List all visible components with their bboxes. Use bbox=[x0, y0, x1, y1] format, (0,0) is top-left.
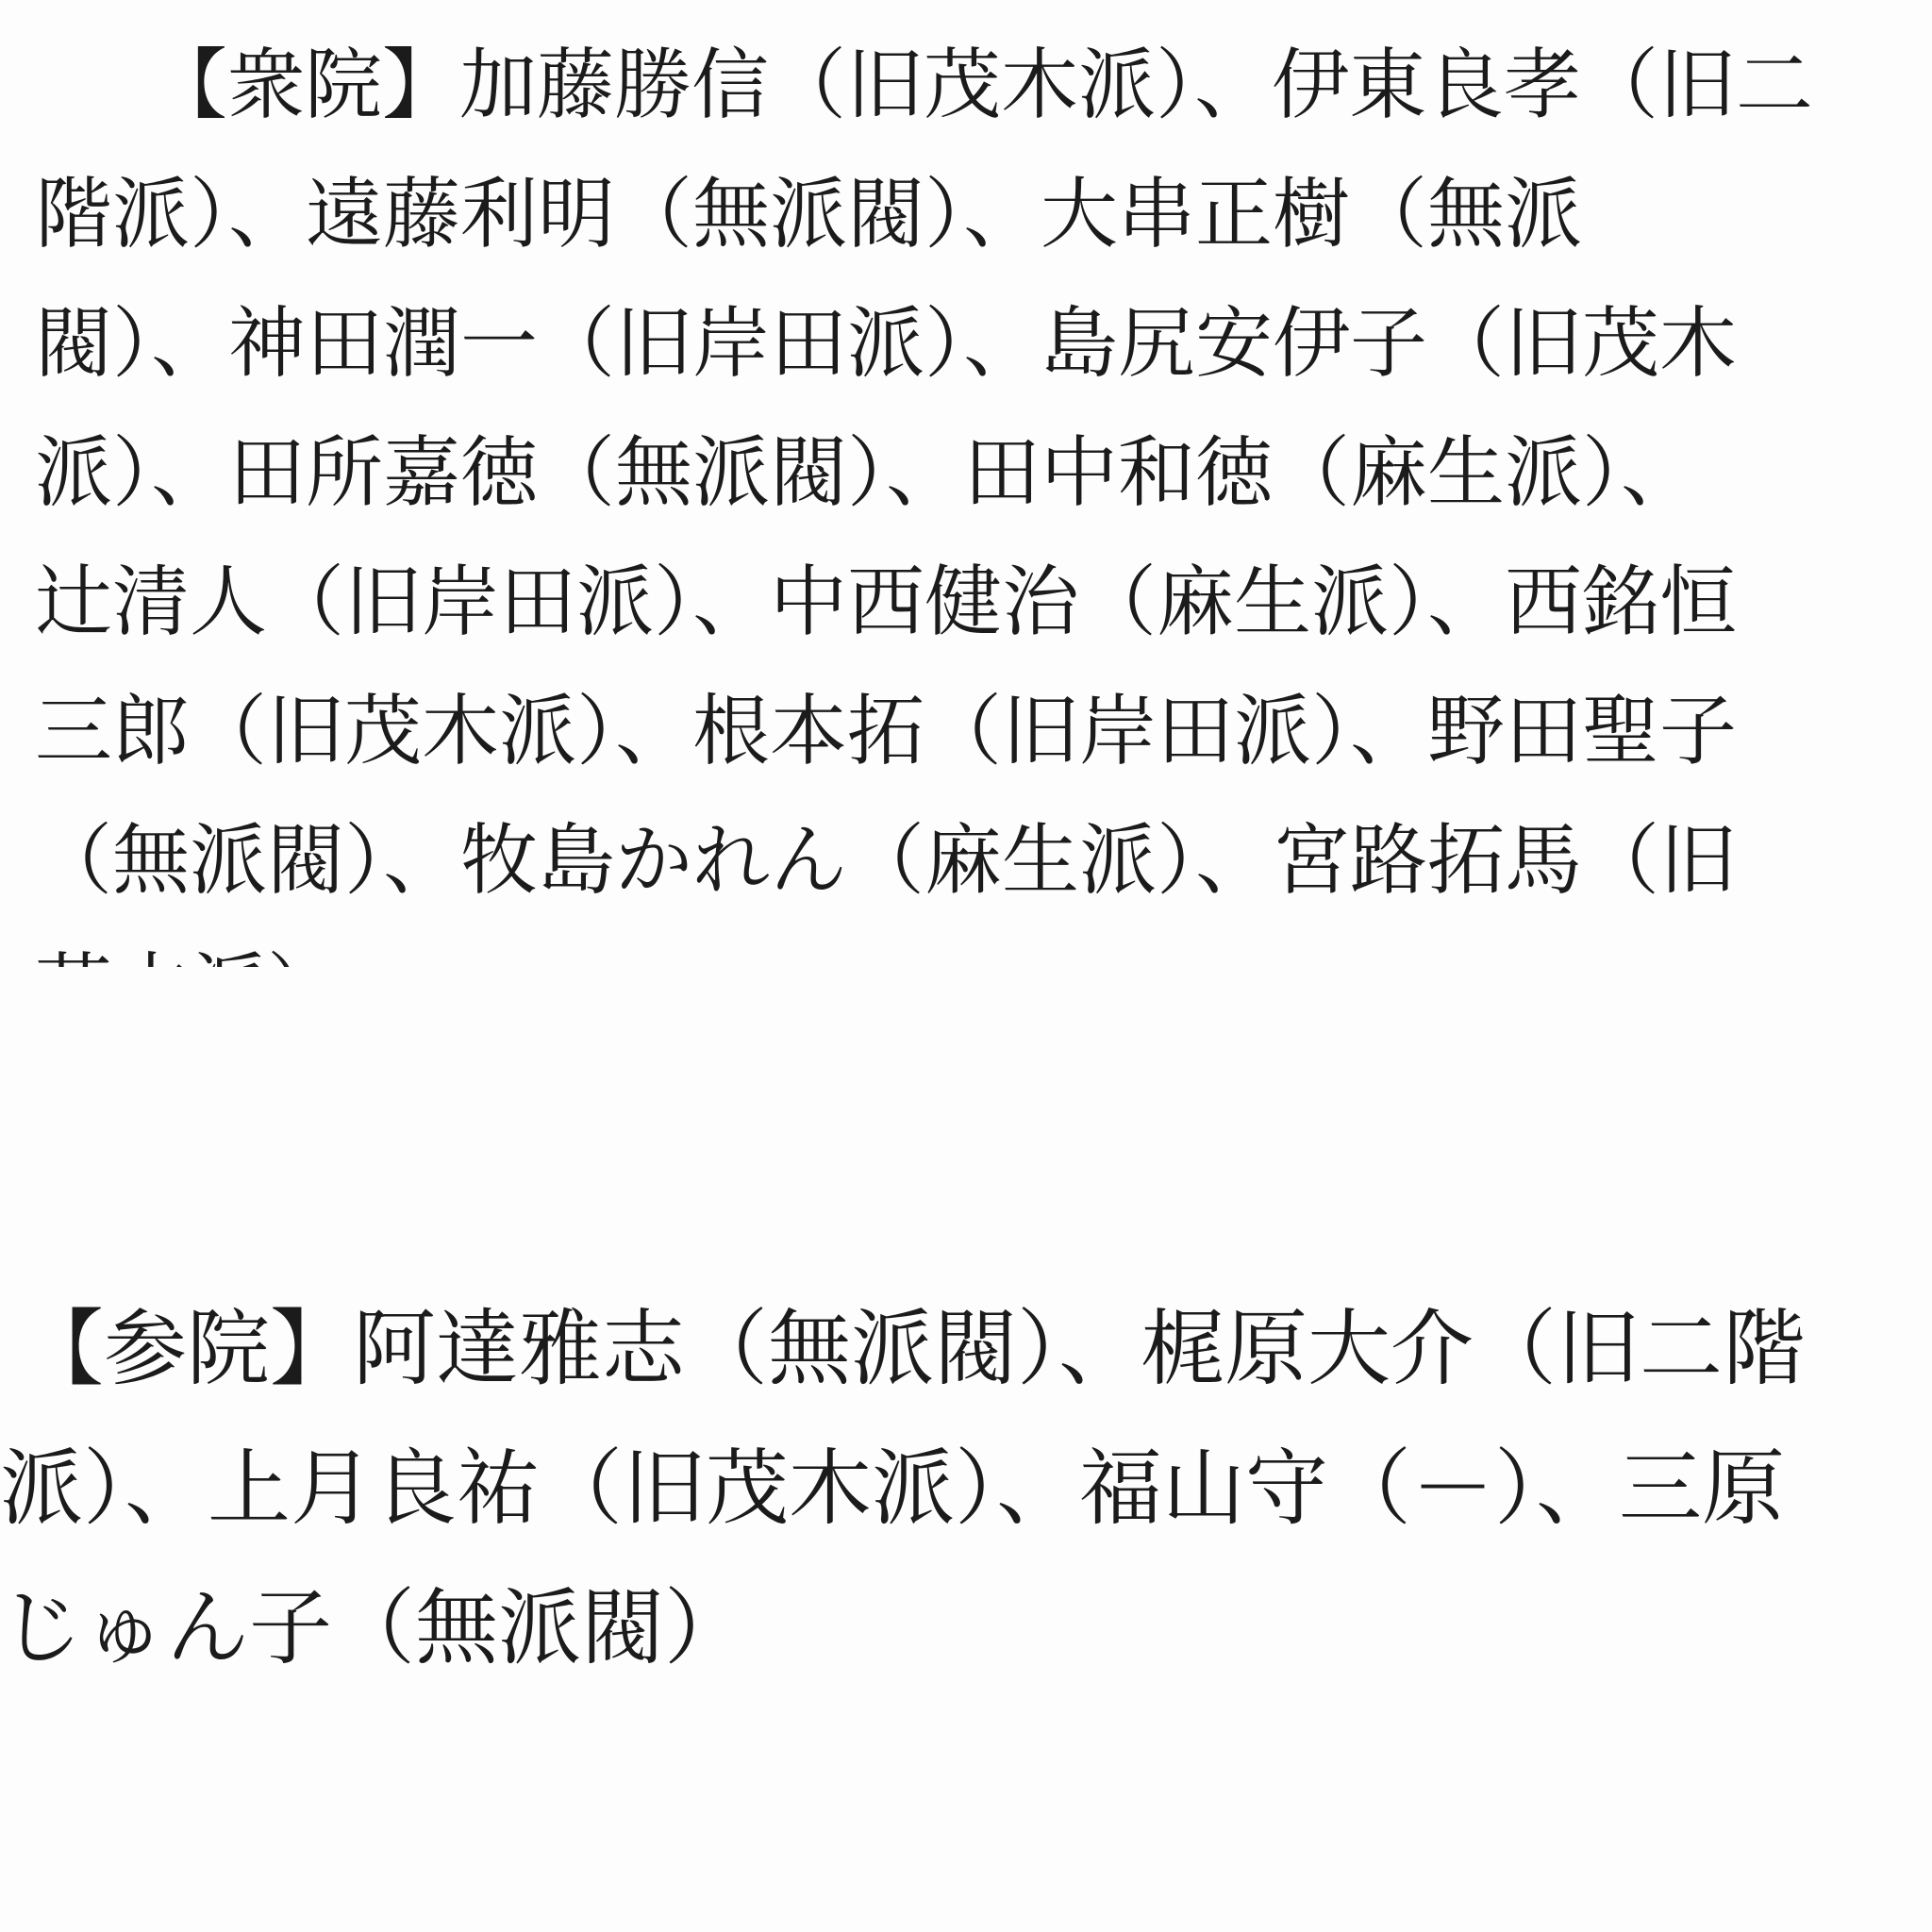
house-of-representatives-paragraph: 【衆院】加藤勝信（旧茂木派）、伊東良孝（旧二 階派）、遠藤利明（無派閥）、大串正… bbox=[35, 21, 1898, 967]
text-line: 【参院】阿達雅志（無派閥）、梶原大介（旧二階 bbox=[0, 1279, 1932, 1419]
text-line: 閥）、神田潤一（旧岸田派）、島尻安伊子（旧茂木 bbox=[35, 279, 1898, 408]
house-of-councillors-paragraph: 【参院】阿達雅志（無派閥）、梶原大介（旧二階 派）、上月良祐（旧茂木派）、福山守… bbox=[0, 1279, 1932, 1698]
text-line: 三郎（旧茂木派）、根本拓（旧岸田派）、野田聖子 bbox=[35, 667, 1898, 796]
text-line: 階派）、遠藤利明（無派閥）、大串正樹（無派 bbox=[35, 150, 1898, 279]
text-line: じゅん子（無派閥） bbox=[0, 1558, 1932, 1698]
text-line: 辻清人（旧岸田派）、中西健治（麻生派）、西銘恒 bbox=[35, 538, 1898, 667]
text-line: （無派閥）、牧島かれん（麻生派）、宮路拓馬（旧 bbox=[35, 796, 1898, 925]
text-line: 派）、上月良祐（旧茂木派）、福山守（－）、三原 bbox=[0, 1419, 1932, 1558]
text-line: 派）、田所嘉徳（無派閥）、田中和徳（麻生派）、 bbox=[35, 408, 1898, 538]
text-line-truncated: 茂木派） bbox=[35, 925, 1898, 967]
text-line: 【衆院】加藤勝信（旧茂木派）、伊東良孝（旧二 bbox=[35, 21, 1898, 150]
